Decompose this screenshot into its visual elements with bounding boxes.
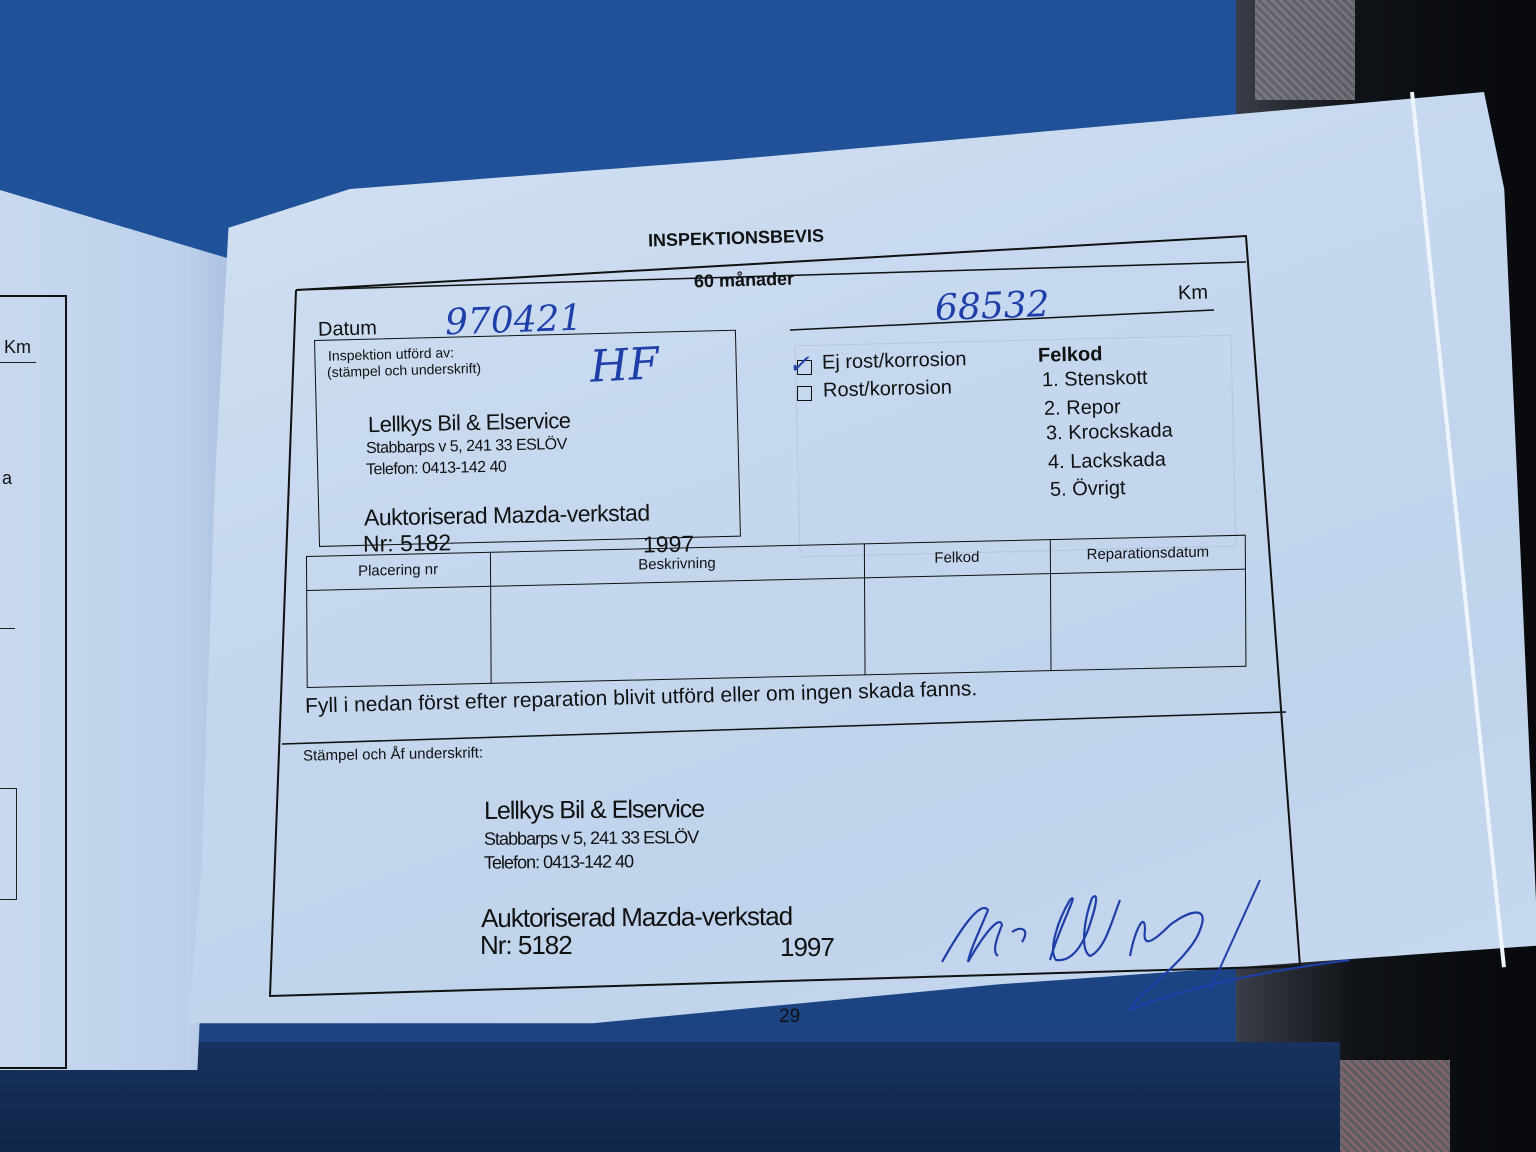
check-mark-icon: ✓ bbox=[788, 350, 810, 380]
option-rust: Rost/korrosion bbox=[823, 376, 952, 402]
stamp-phone: Telefon: 0413-142 40 bbox=[484, 851, 633, 873]
stamp-company: Lellkys Bil & Elservice bbox=[484, 795, 704, 826]
mileage-value: 68532 bbox=[934, 284, 1050, 329]
stamp-address: Stabbarps v 5, 241 33 ESLÖV bbox=[484, 827, 698, 850]
felkod-item: 5. Övrigt bbox=[1050, 477, 1126, 502]
felkod-item: 1. Stenskott bbox=[1042, 367, 1148, 393]
page-number: 29 bbox=[779, 1006, 800, 1028]
checkbox-rust[interactable] bbox=[797, 386, 812, 401]
stamp-authorization: Auktoriserad Mazda-verkstad bbox=[364, 500, 650, 532]
stamp-number: Nr: 5182 bbox=[480, 930, 572, 961]
felkod-item: 3. Krockskada bbox=[1046, 419, 1173, 445]
mileage-unit: Km bbox=[1178, 282, 1209, 306]
option-no-rust: Ej rost/korrosion bbox=[822, 348, 967, 375]
stamp-company: Lellkys Bil & Elservice bbox=[368, 408, 571, 438]
document-subtitle: 60 månader bbox=[694, 269, 795, 293]
damage-table: Placering nr Beskrivning Felkod Reparati… bbox=[306, 535, 1246, 688]
signature-icon bbox=[930, 870, 1350, 1040]
stamp-phone: Telefon: 0413-142 40 bbox=[366, 459, 507, 480]
felkod-item: 4. Lackskada bbox=[1048, 449, 1166, 475]
inspector-initials: HF bbox=[589, 338, 660, 393]
inspection-certificate: INSPEKTIONSBEVIS 60 månader Datum 970421… bbox=[0, 0, 1536, 1152]
stamp-signature-label: Stämpel och Åf underskrift: bbox=[303, 744, 483, 764]
felkod-item: 2. Repor bbox=[1044, 396, 1121, 421]
stamp-year: 1997 bbox=[780, 932, 834, 963]
felkod-heading: Felkod bbox=[1038, 343, 1103, 368]
